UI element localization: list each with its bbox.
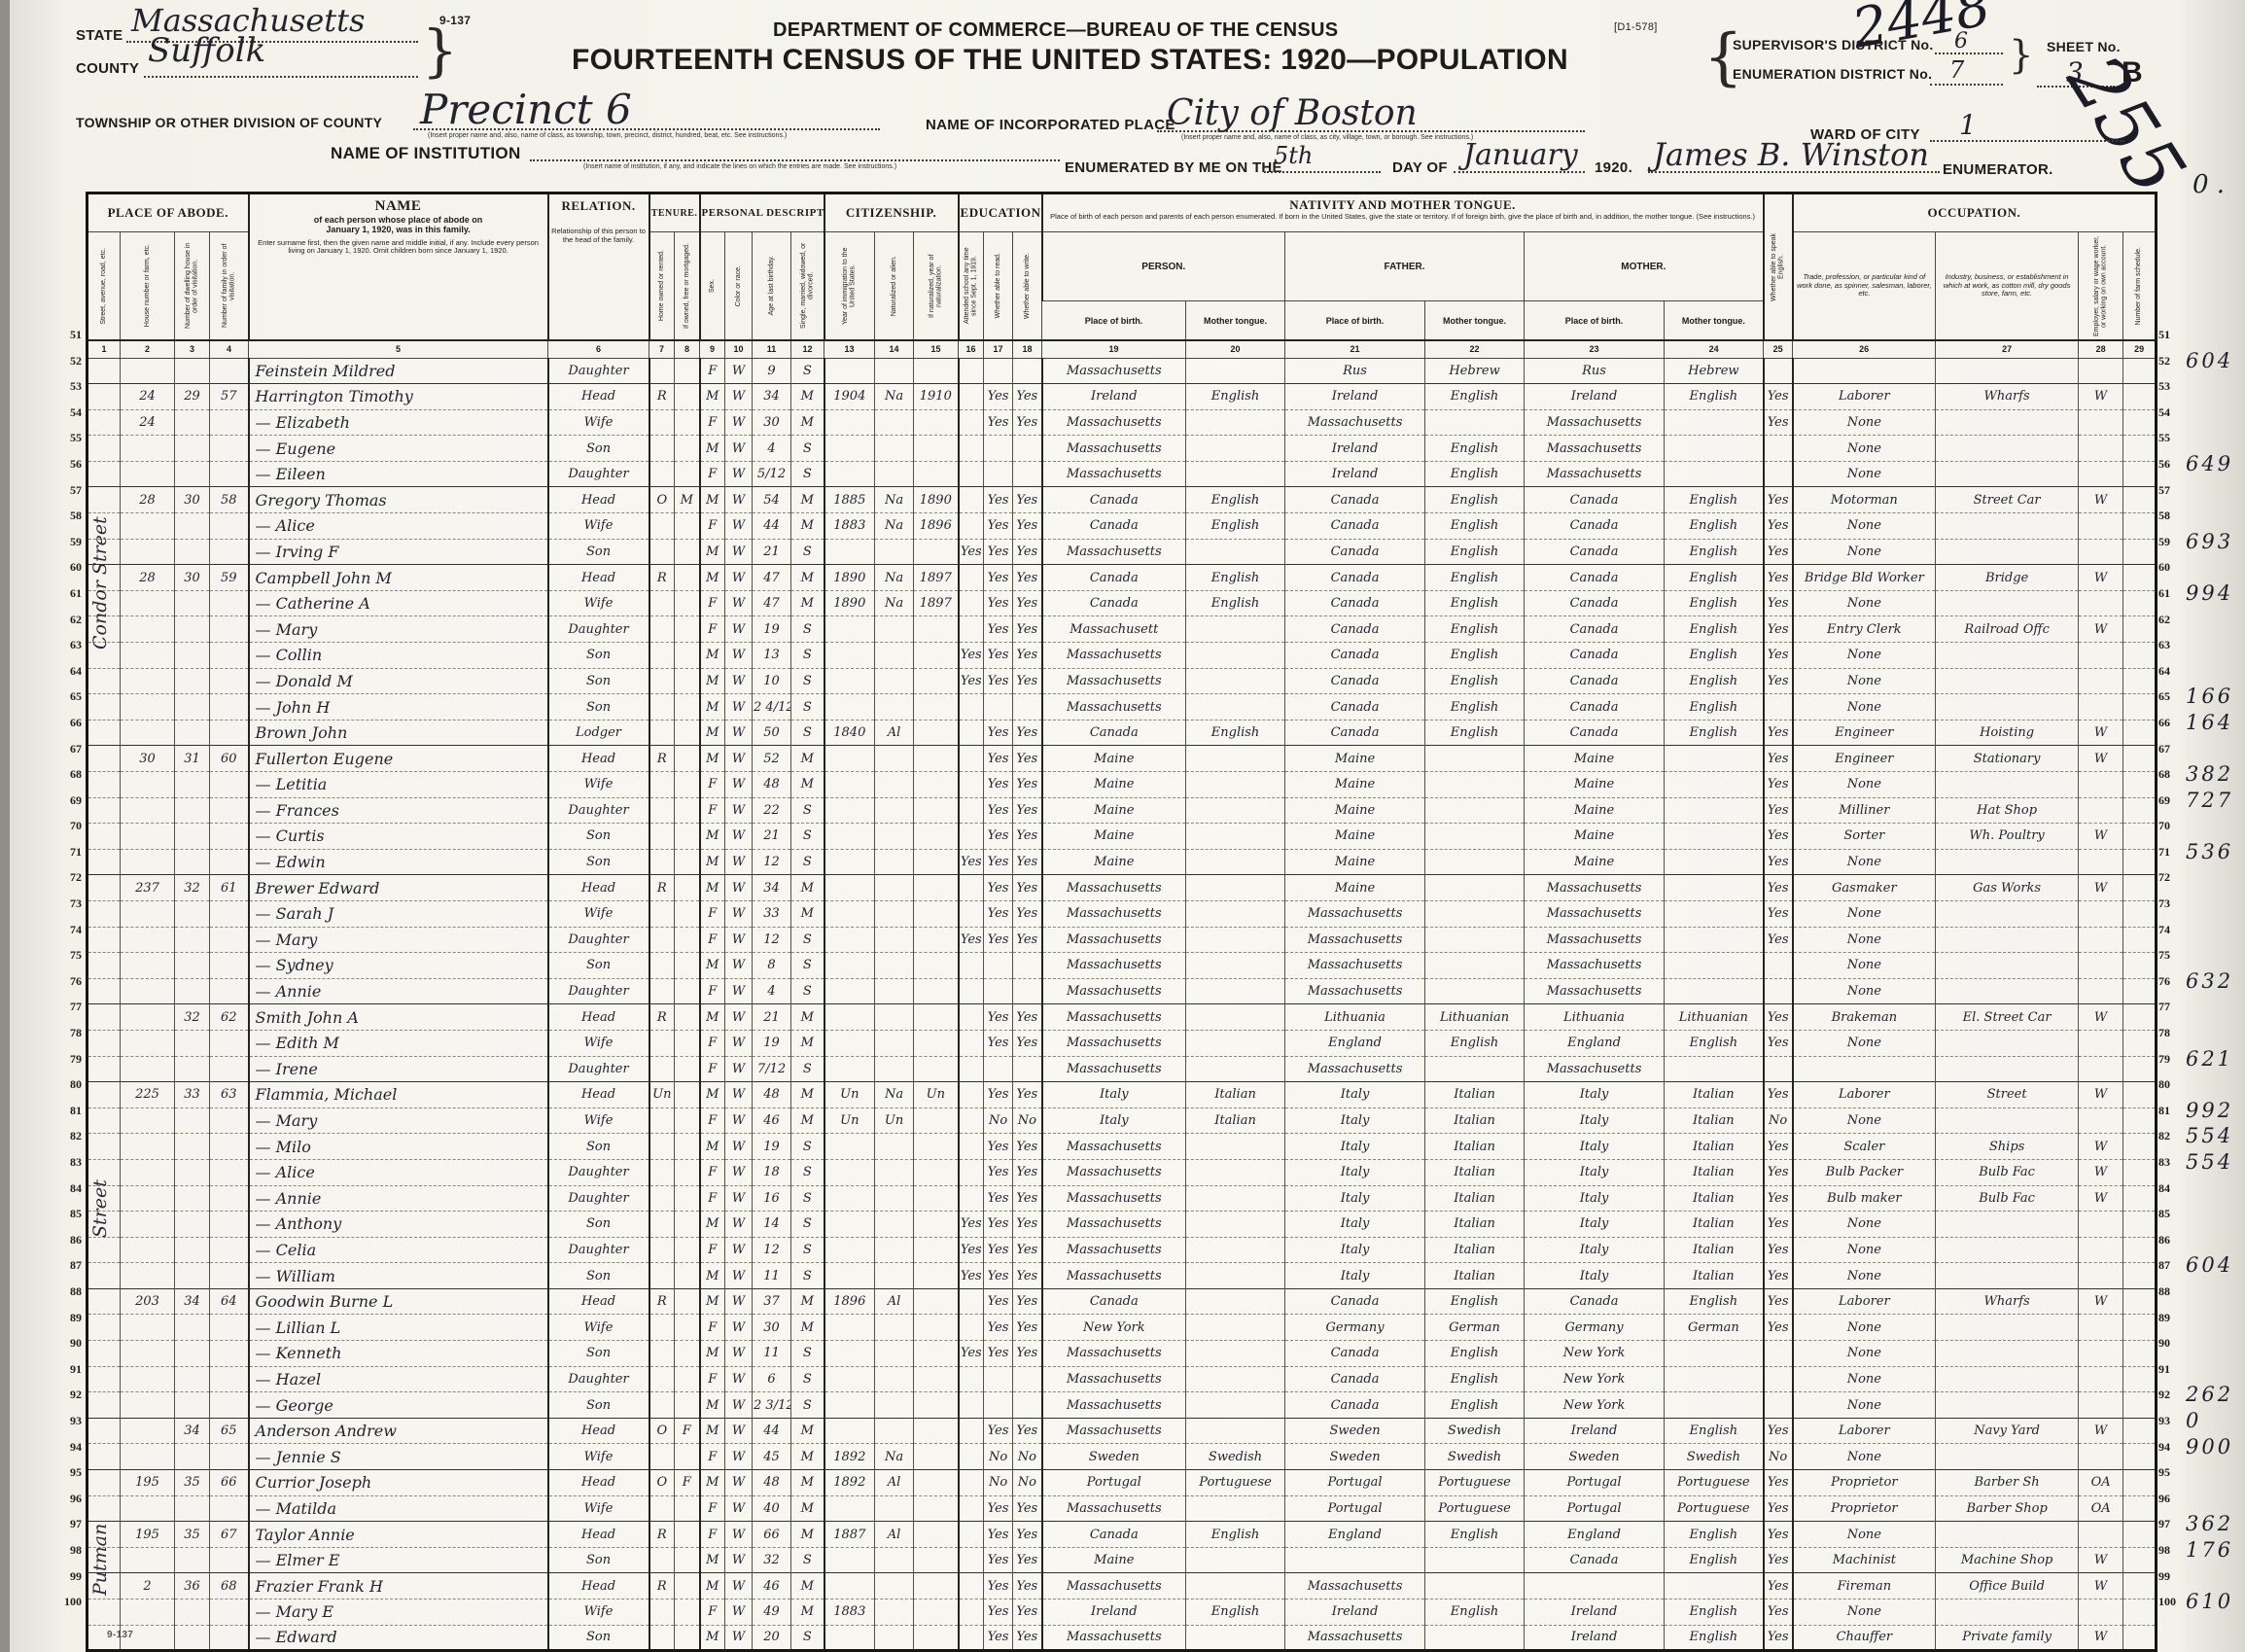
cell-marital-status: S: [791, 1159, 824, 1185]
cell-color-race: W: [725, 384, 753, 410]
cell-able-to-write: [1013, 978, 1042, 1004]
cell-employer-class: W: [2079, 746, 2123, 772]
cell-able-to-write: Yes: [1013, 824, 1042, 850]
cell-occupation-industry: [1936, 1599, 2079, 1626]
cell-person-birthplace: Massachusetts: [1042, 1341, 1186, 1367]
cell-immigration-year: [824, 746, 875, 772]
cell-immigration-year: [824, 643, 875, 669]
cell-able-to-read: [984, 358, 1013, 384]
col-number: 10: [725, 340, 753, 358]
cell-relation: Daughter: [548, 1185, 649, 1212]
cell-farm-schedule: [2123, 1082, 2157, 1108]
cell-sex: F: [700, 409, 725, 436]
institution-note: (Insert name of institution, if any, and…: [583, 163, 1089, 170]
cell-sex: F: [700, 1185, 725, 1212]
cell-occupation-trade: None: [1793, 1599, 1936, 1626]
cell-name: Gregory Thomas: [249, 487, 548, 513]
col-dwelling-label: Number of dwelling house in order of vis…: [185, 241, 199, 331]
cell-attended-school: [959, 1107, 984, 1134]
cell-mother-birthplace: Canada: [1525, 513, 1665, 540]
cell-father-mother-tongue: Italian: [1425, 1212, 1525, 1238]
cell-immigration-year: [824, 875, 875, 901]
cell-employer-class: [2079, 643, 2123, 669]
cell-sex: F: [700, 772, 725, 798]
cell-able-to-read: Yes: [984, 643, 1013, 669]
cell-person-birthplace: Ireland: [1042, 1599, 1186, 1626]
cell-age: 49: [753, 1599, 791, 1626]
cell-age: 21: [753, 1004, 791, 1031]
cell-occupation-trade: Fireman: [1793, 1573, 1936, 1599]
census-rows: Feinstein MildredDaughterFW9SMassachuset…: [88, 358, 2157, 1651]
cell-relation: Daughter: [548, 358, 649, 384]
cell-person-birthplace: Massachusetts: [1042, 358, 1186, 384]
cell-father-birthplace: Canada: [1285, 565, 1425, 591]
right-margin-row: 68382: [2158, 761, 2242, 788]
cell-immigration-year: [824, 409, 875, 436]
cell-age: 66: [753, 1522, 791, 1548]
cell-farm-schedule: [2123, 1030, 2157, 1056]
cell-speaks-english: Yes: [1764, 1159, 1793, 1185]
cell-naturalization-year: [914, 1056, 959, 1082]
cell-father-birthplace: Massachusetts: [1285, 1625, 1425, 1651]
dept-title: DEPARTMENT OF COMMERCE—BUREAU OF THE CEN…: [773, 19, 1338, 42]
cell-employer-class: [2079, 978, 2123, 1004]
cell-mother-birthplace: Massachusetts: [1525, 927, 1665, 953]
line-number-left: 56: [47, 451, 82, 477]
cell-naturalized-alien: Na: [875, 565, 914, 591]
cell-naturalization-year: [914, 1212, 959, 1238]
cell-farm-schedule: [2123, 616, 2157, 643]
cell-sex: F: [700, 927, 725, 953]
cell-occupation-trade: Laborer: [1793, 384, 1936, 410]
cell-owned-free-mortgaged: [675, 1263, 700, 1289]
cell-farm-schedule: [2123, 849, 2157, 875]
cell-age: 11: [753, 1341, 791, 1367]
cell-mother-mother-tongue: English: [1665, 1288, 1764, 1315]
cell-person-mother-tongue: [1186, 1056, 1285, 1082]
supervisor-line: [1935, 53, 2003, 54]
cell-color-race: W: [725, 1056, 753, 1082]
cell-occupation-trade: Bridge Bld Worker: [1793, 565, 1936, 591]
line-number-left: 76: [47, 968, 82, 995]
line-number-right: 98: [2158, 1537, 2186, 1564]
cell-sex: M: [700, 1134, 725, 1160]
cell-mother-birthplace: Ireland: [1525, 1599, 1665, 1626]
cell-house-number: [121, 1004, 175, 1031]
cell-occupation-industry: Railroad Offc: [1936, 616, 2079, 643]
cell-person-birthplace: Massachusetts: [1042, 1212, 1186, 1238]
cell-speaks-english: Yes: [1764, 409, 1793, 436]
cell-family-number: [210, 1030, 249, 1056]
cell-age: 5/12: [753, 461, 791, 487]
cell-family-number: 63: [210, 1082, 249, 1108]
cell-farm-schedule: [2123, 643, 2157, 669]
cell-family-number: [210, 1599, 249, 1626]
cell-name: Campbell John M: [249, 565, 548, 591]
cell-sex: M: [700, 1625, 725, 1651]
cell-mother-mother-tongue: English: [1665, 384, 1764, 410]
cell-able-to-write: Yes: [1013, 720, 1042, 746]
cell-occupation-trade: [1793, 358, 1936, 384]
cell-naturalized-alien: Na: [875, 513, 914, 540]
cell-mother-birthplace: Italy: [1525, 1185, 1665, 1212]
right-margin-row: 52604: [2158, 348, 2242, 374]
cell-sex: M: [700, 1212, 725, 1238]
cell-marital-status: M: [791, 1573, 824, 1599]
cell-able-to-read: [984, 978, 1013, 1004]
cell-age: 2 4/12: [753, 694, 791, 721]
cell-father-birthplace: Canada: [1285, 1392, 1425, 1419]
cell-naturalized-alien: [875, 849, 914, 875]
line-number-right: 94: [2158, 1434, 2186, 1460]
right-margin-row: 100610: [2158, 1589, 2242, 1615]
cell-mother-birthplace: Italy: [1525, 1212, 1665, 1238]
cell-father-birthplace: Maine: [1285, 849, 1425, 875]
cell-person-mother-tongue: [1186, 797, 1285, 824]
cell-mother-mother-tongue: English: [1665, 590, 1764, 616]
line-number-left: 78: [47, 1020, 82, 1046]
cell-marital-status: M: [791, 1315, 824, 1341]
cell-person-birthplace: Massachusetts: [1042, 1134, 1186, 1160]
cell-sex: F: [700, 978, 725, 1004]
cell-able-to-write: No: [1013, 1107, 1042, 1134]
cell-speaks-english: Yes: [1764, 616, 1793, 643]
cell-immigration-year: [824, 1185, 875, 1212]
cell-occupation-trade: None: [1793, 1030, 1936, 1056]
cell-person-mother-tongue: Portuguese: [1186, 1470, 1285, 1496]
cell-home-owned-rented: [649, 1263, 675, 1289]
cell-occupation-trade: Laborer: [1793, 1288, 1936, 1315]
cell-house-number: [121, 1444, 175, 1470]
cell-father-mother-tongue: English: [1425, 487, 1525, 513]
cell-mother-birthplace: Canada: [1525, 1288, 1665, 1315]
cell-father-birthplace: Massachusetts: [1285, 978, 1425, 1004]
cell-person-birthplace: Massachusetts: [1042, 1185, 1186, 1212]
cell-mother-birthplace: Italy: [1525, 1237, 1665, 1263]
cell-street: [88, 875, 121, 901]
cell-dwelling-number: [175, 772, 210, 798]
cell-color-race: W: [725, 436, 753, 462]
cell-speaks-english: [1764, 1366, 1793, 1392]
cell-immigration-year: 1890: [824, 590, 875, 616]
cell-dwelling-number: [175, 1134, 210, 1160]
cell-person-mother-tongue: [1186, 953, 1285, 979]
line-number-right: 97: [2158, 1511, 2186, 1537]
cell-speaks-english: Yes: [1764, 772, 1793, 798]
cell-street: [88, 978, 121, 1004]
col-number: 25: [1764, 340, 1793, 358]
cell-occupation-trade: None: [1793, 590, 1936, 616]
cell-sex: M: [700, 1263, 725, 1289]
cell-person-birthplace: Massachusetts: [1042, 1392, 1186, 1419]
cell-occupation-industry: [1936, 513, 2079, 540]
cell-able-to-write: [1013, 461, 1042, 487]
cell-occupation-industry: Hoisting: [1936, 720, 2079, 746]
cell-name: — Lillian L: [249, 1315, 548, 1341]
cell-family-number: [210, 1185, 249, 1212]
cell-father-mother-tongue: [1425, 927, 1525, 953]
line-number-left: 64: [47, 658, 82, 685]
cell-naturalized-alien: [875, 668, 914, 694]
cell-father-birthplace: Canada: [1285, 539, 1425, 565]
cell-person-birthplace: Sweden: [1042, 1444, 1186, 1470]
cell-street: [88, 927, 121, 953]
cell-able-to-read: Yes: [984, 1288, 1013, 1315]
cell-naturalization-year: [914, 436, 959, 462]
cell-naturalized-alien: [875, 1418, 914, 1444]
line-number-right: 57: [2158, 477, 2186, 504]
cell-family-number: 68: [210, 1573, 249, 1599]
col-number: 11: [753, 340, 791, 358]
cell-marital-status: S: [791, 1263, 824, 1289]
cell-home-owned-rented: [649, 358, 675, 384]
cell-home-owned-rented: [649, 1056, 675, 1082]
cell-marital-status: M: [791, 1599, 824, 1626]
cell-dwelling-number: [175, 900, 210, 927]
col-color-race-label: Color or race.: [735, 265, 742, 306]
cell-mother-birthplace: Ireland: [1525, 1625, 1665, 1651]
cell-farm-schedule: [2123, 384, 2157, 410]
line-number-right: 84: [2158, 1176, 2186, 1202]
cell-house-number: [121, 1418, 175, 1444]
right-margin-row: 66164: [2158, 710, 2242, 736]
cell-mother-birthplace: Portugal: [1525, 1495, 1665, 1522]
cell-occupation-industry: Office Build: [1936, 1573, 2079, 1599]
cell-name: — Irving F: [249, 539, 548, 565]
cell-attended-school: [959, 616, 984, 643]
right-margin-row: 99: [2158, 1564, 2242, 1590]
cell-age: 33: [753, 900, 791, 927]
cell-mother-mother-tongue: Italian: [1665, 1237, 1764, 1263]
cell-house-number: [121, 461, 175, 487]
group-education: EDUCATION.: [961, 205, 1042, 220]
cell-owned-free-mortgaged: [675, 1082, 700, 1108]
cell-able-to-read: Yes: [984, 1599, 1013, 1626]
cell-employer-class: [2079, 900, 2123, 927]
right-margin-row: 57: [2158, 477, 2242, 504]
cell-relation: Head: [548, 384, 649, 410]
cell-father-mother-tongue: English: [1425, 1392, 1525, 1419]
line-number-left: 68: [47, 761, 82, 788]
cell-mother-birthplace: Sweden: [1525, 1444, 1665, 1470]
cell-father-mother-tongue: English: [1425, 513, 1525, 540]
cell-occupation-industry: Bridge: [1936, 565, 2079, 591]
cell-home-owned-rented: [649, 1547, 675, 1573]
cell-person-birthplace: Massachusetts: [1042, 953, 1186, 979]
cell-sex: M: [700, 1341, 725, 1367]
cell-employer-class: [2079, 668, 2123, 694]
cell-color-race: W: [725, 565, 753, 591]
cell-mother-mother-tongue: [1665, 772, 1764, 798]
group-nativity: NATIVITY AND MOTHER TONGUE.: [1044, 197, 1762, 213]
cell-house-number: [121, 539, 175, 565]
cell-attended-school: Yes: [959, 643, 984, 669]
cell-house-number: [121, 1315, 175, 1341]
cell-marital-status: S: [791, 849, 824, 875]
cell-mother-mother-tongue: Lithuanian: [1665, 1004, 1764, 1031]
line-number-right: 100: [2158, 1589, 2186, 1615]
cell-color-race: W: [725, 1315, 753, 1341]
cell-farm-schedule: [2123, 1315, 2157, 1341]
enumerated-label: ENUMERATED BY ME ON THE: [1065, 159, 1282, 176]
line-number-right: 66: [2158, 710, 2186, 736]
cell-father-birthplace: Ireland: [1285, 1599, 1425, 1626]
cell-naturalized-alien: Al: [875, 1288, 914, 1315]
coder-mark: 693: [2186, 529, 2233, 555]
cell-marital-status: S: [791, 1366, 824, 1392]
line-number-left: 86: [47, 1227, 82, 1253]
cell-street: [88, 1444, 121, 1470]
cell-father-mother-tongue: Portuguese: [1425, 1470, 1525, 1496]
cell-father-birthplace: Italy: [1285, 1107, 1425, 1134]
cell-relation: Wife: [548, 1495, 649, 1522]
cell-able-to-write: Yes: [1013, 487, 1042, 513]
cell-occupation-industry: [1936, 927, 2079, 953]
cell-family-number: 58: [210, 487, 249, 513]
cell-street: [88, 1418, 121, 1444]
cell-immigration-year: [824, 1212, 875, 1238]
col-number: 13: [824, 340, 875, 358]
cell-person-birthplace: Canada: [1042, 590, 1186, 616]
cell-naturalized-alien: [875, 409, 914, 436]
cell-father-mother-tongue: English: [1425, 1341, 1525, 1367]
cell-relation: Head: [548, 565, 649, 591]
cell-sex: F: [700, 1444, 725, 1470]
cell-able-to-write: Yes: [1013, 1495, 1042, 1522]
cell-street: [88, 1625, 121, 1651]
cell-occupation-trade: None: [1793, 1341, 1936, 1367]
cell-owned-free-mortgaged: [675, 461, 700, 487]
cell-relation: Daughter: [548, 978, 649, 1004]
cell-house-number: [121, 849, 175, 875]
cell-sex: F: [700, 1237, 725, 1263]
cell-attended-school: [959, 409, 984, 436]
cell-able-to-write: Yes: [1013, 565, 1042, 591]
cell-sex: M: [700, 668, 725, 694]
cell-marital-status: M: [791, 590, 824, 616]
cell-mother-mother-tongue: English: [1665, 616, 1764, 643]
cell-age: 34: [753, 875, 791, 901]
line-number-right: 71: [2158, 839, 2186, 865]
cell-color-race: W: [725, 409, 753, 436]
cell-marital-status: S: [791, 927, 824, 953]
col-age-label: Age at last birthday.: [768, 256, 775, 315]
cell-occupation-trade: Gasmaker: [1793, 875, 1936, 901]
cell-father-mother-tongue: English: [1425, 694, 1525, 721]
cell-occupation-trade: Laborer: [1793, 1082, 1936, 1108]
cell-mother-mother-tongue: [1665, 1341, 1764, 1367]
cell-mother-mother-tongue: Italian: [1665, 1159, 1764, 1185]
cell-owned-free-mortgaged: [675, 436, 700, 462]
line-number-right: 73: [2158, 891, 2186, 917]
cell-person-mother-tongue: [1186, 824, 1285, 850]
right-margin-row: 90: [2158, 1330, 2242, 1356]
cell-family-number: [210, 824, 249, 850]
line-number-left: 70: [47, 813, 82, 839]
cell-color-race: W: [725, 668, 753, 694]
cell-home-owned-rented: [649, 409, 675, 436]
col-trade-label: Trade, profession, or particular kind of…: [1795, 273, 1935, 299]
cell-naturalization-year: [914, 720, 959, 746]
cell-sex: F: [700, 1159, 725, 1185]
cell-farm-schedule: [2123, 487, 2157, 513]
cell-name: Goodwin Burne L: [249, 1288, 548, 1315]
cell-father-birthplace: Maine: [1285, 746, 1425, 772]
cell-able-to-write: [1013, 1056, 1042, 1082]
cell-immigration-year: 1883: [824, 1599, 875, 1626]
cell-naturalization-year: [914, 849, 959, 875]
cell-owned-free-mortgaged: [675, 1185, 700, 1212]
cell-father-birthplace: Sweden: [1285, 1418, 1425, 1444]
cell-naturalized-alien: [875, 1366, 914, 1392]
right-margin-row: 62: [2158, 607, 2242, 633]
cell-house-number: [121, 797, 175, 824]
cell-able-to-write: Yes: [1013, 1288, 1042, 1315]
right-margin-row: 55: [2158, 425, 2242, 451]
cell-person-mother-tongue: English: [1186, 487, 1285, 513]
line-number-right: 54: [2158, 400, 2186, 426]
cell-father-birthplace: Massachusetts: [1285, 409, 1425, 436]
enumerator-signature: James B. Winston: [1653, 136, 1929, 173]
cell-family-number: [210, 1159, 249, 1185]
line-number-left: 77: [47, 994, 82, 1020]
cell-mother-mother-tongue: English: [1665, 513, 1764, 540]
cell-father-birthplace: England: [1285, 1030, 1425, 1056]
cell-father-birthplace: Canada: [1285, 694, 1425, 721]
cell-house-number: [121, 358, 175, 384]
cell-occupation-industry: Barber Shop: [1936, 1495, 2079, 1522]
cell-person-mother-tongue: [1186, 1004, 1285, 1031]
cell-house-number: 203: [121, 1288, 175, 1315]
cell-attended-school: [959, 1470, 984, 1496]
cell-age: 4: [753, 978, 791, 1004]
cell-employer-class: W: [2079, 1134, 2123, 1160]
cell-naturalized-alien: Na: [875, 487, 914, 513]
cell-speaks-english: Yes: [1764, 1212, 1793, 1238]
cell-speaks-english: [1764, 953, 1793, 979]
col-number: 28: [2079, 340, 2123, 358]
cell-dwelling-number: [175, 1599, 210, 1626]
nativity-note: Place of birth of each person and parent…: [1044, 213, 1762, 222]
cell-age: 2 3/12: [753, 1392, 791, 1419]
cell-immigration-year: [824, 1341, 875, 1367]
cell-owned-free-mortgaged: [675, 513, 700, 540]
cell-employer-class: [2079, 1030, 2123, 1056]
cell-street: [88, 1366, 121, 1392]
cell-dwelling-number: [175, 1625, 210, 1651]
cell-able-to-write: Yes: [1013, 1082, 1042, 1108]
cell-name: — Elizabeth: [249, 409, 548, 436]
right-margin-row: 75: [2158, 942, 2242, 968]
coder-mark: 166: [2186, 684, 2233, 710]
census-sheet: STATE Massachusetts COUNTY Suffolk } 9-1…: [0, 0, 2245, 1652]
cell-relation: Son: [548, 1547, 649, 1573]
line-number-right: 65: [2158, 684, 2186, 710]
cell-dwelling-number: [175, 797, 210, 824]
cell-relation: Wife: [548, 590, 649, 616]
cell-name: — Collin: [249, 643, 548, 669]
cell-home-owned-rented: [649, 1315, 675, 1341]
cell-owned-free-mortgaged: [675, 1495, 700, 1522]
cell-home-owned-rented: [649, 590, 675, 616]
cell-attended-school: [959, 1573, 984, 1599]
cell-speaks-english: Yes: [1764, 1004, 1793, 1031]
cell-house-number: [121, 978, 175, 1004]
cell-mother-mother-tongue: English: [1665, 720, 1764, 746]
cell-home-owned-rented: [649, 539, 675, 565]
cell-employer-class: OA: [2079, 1495, 2123, 1522]
cell-color-race: W: [725, 1082, 753, 1108]
